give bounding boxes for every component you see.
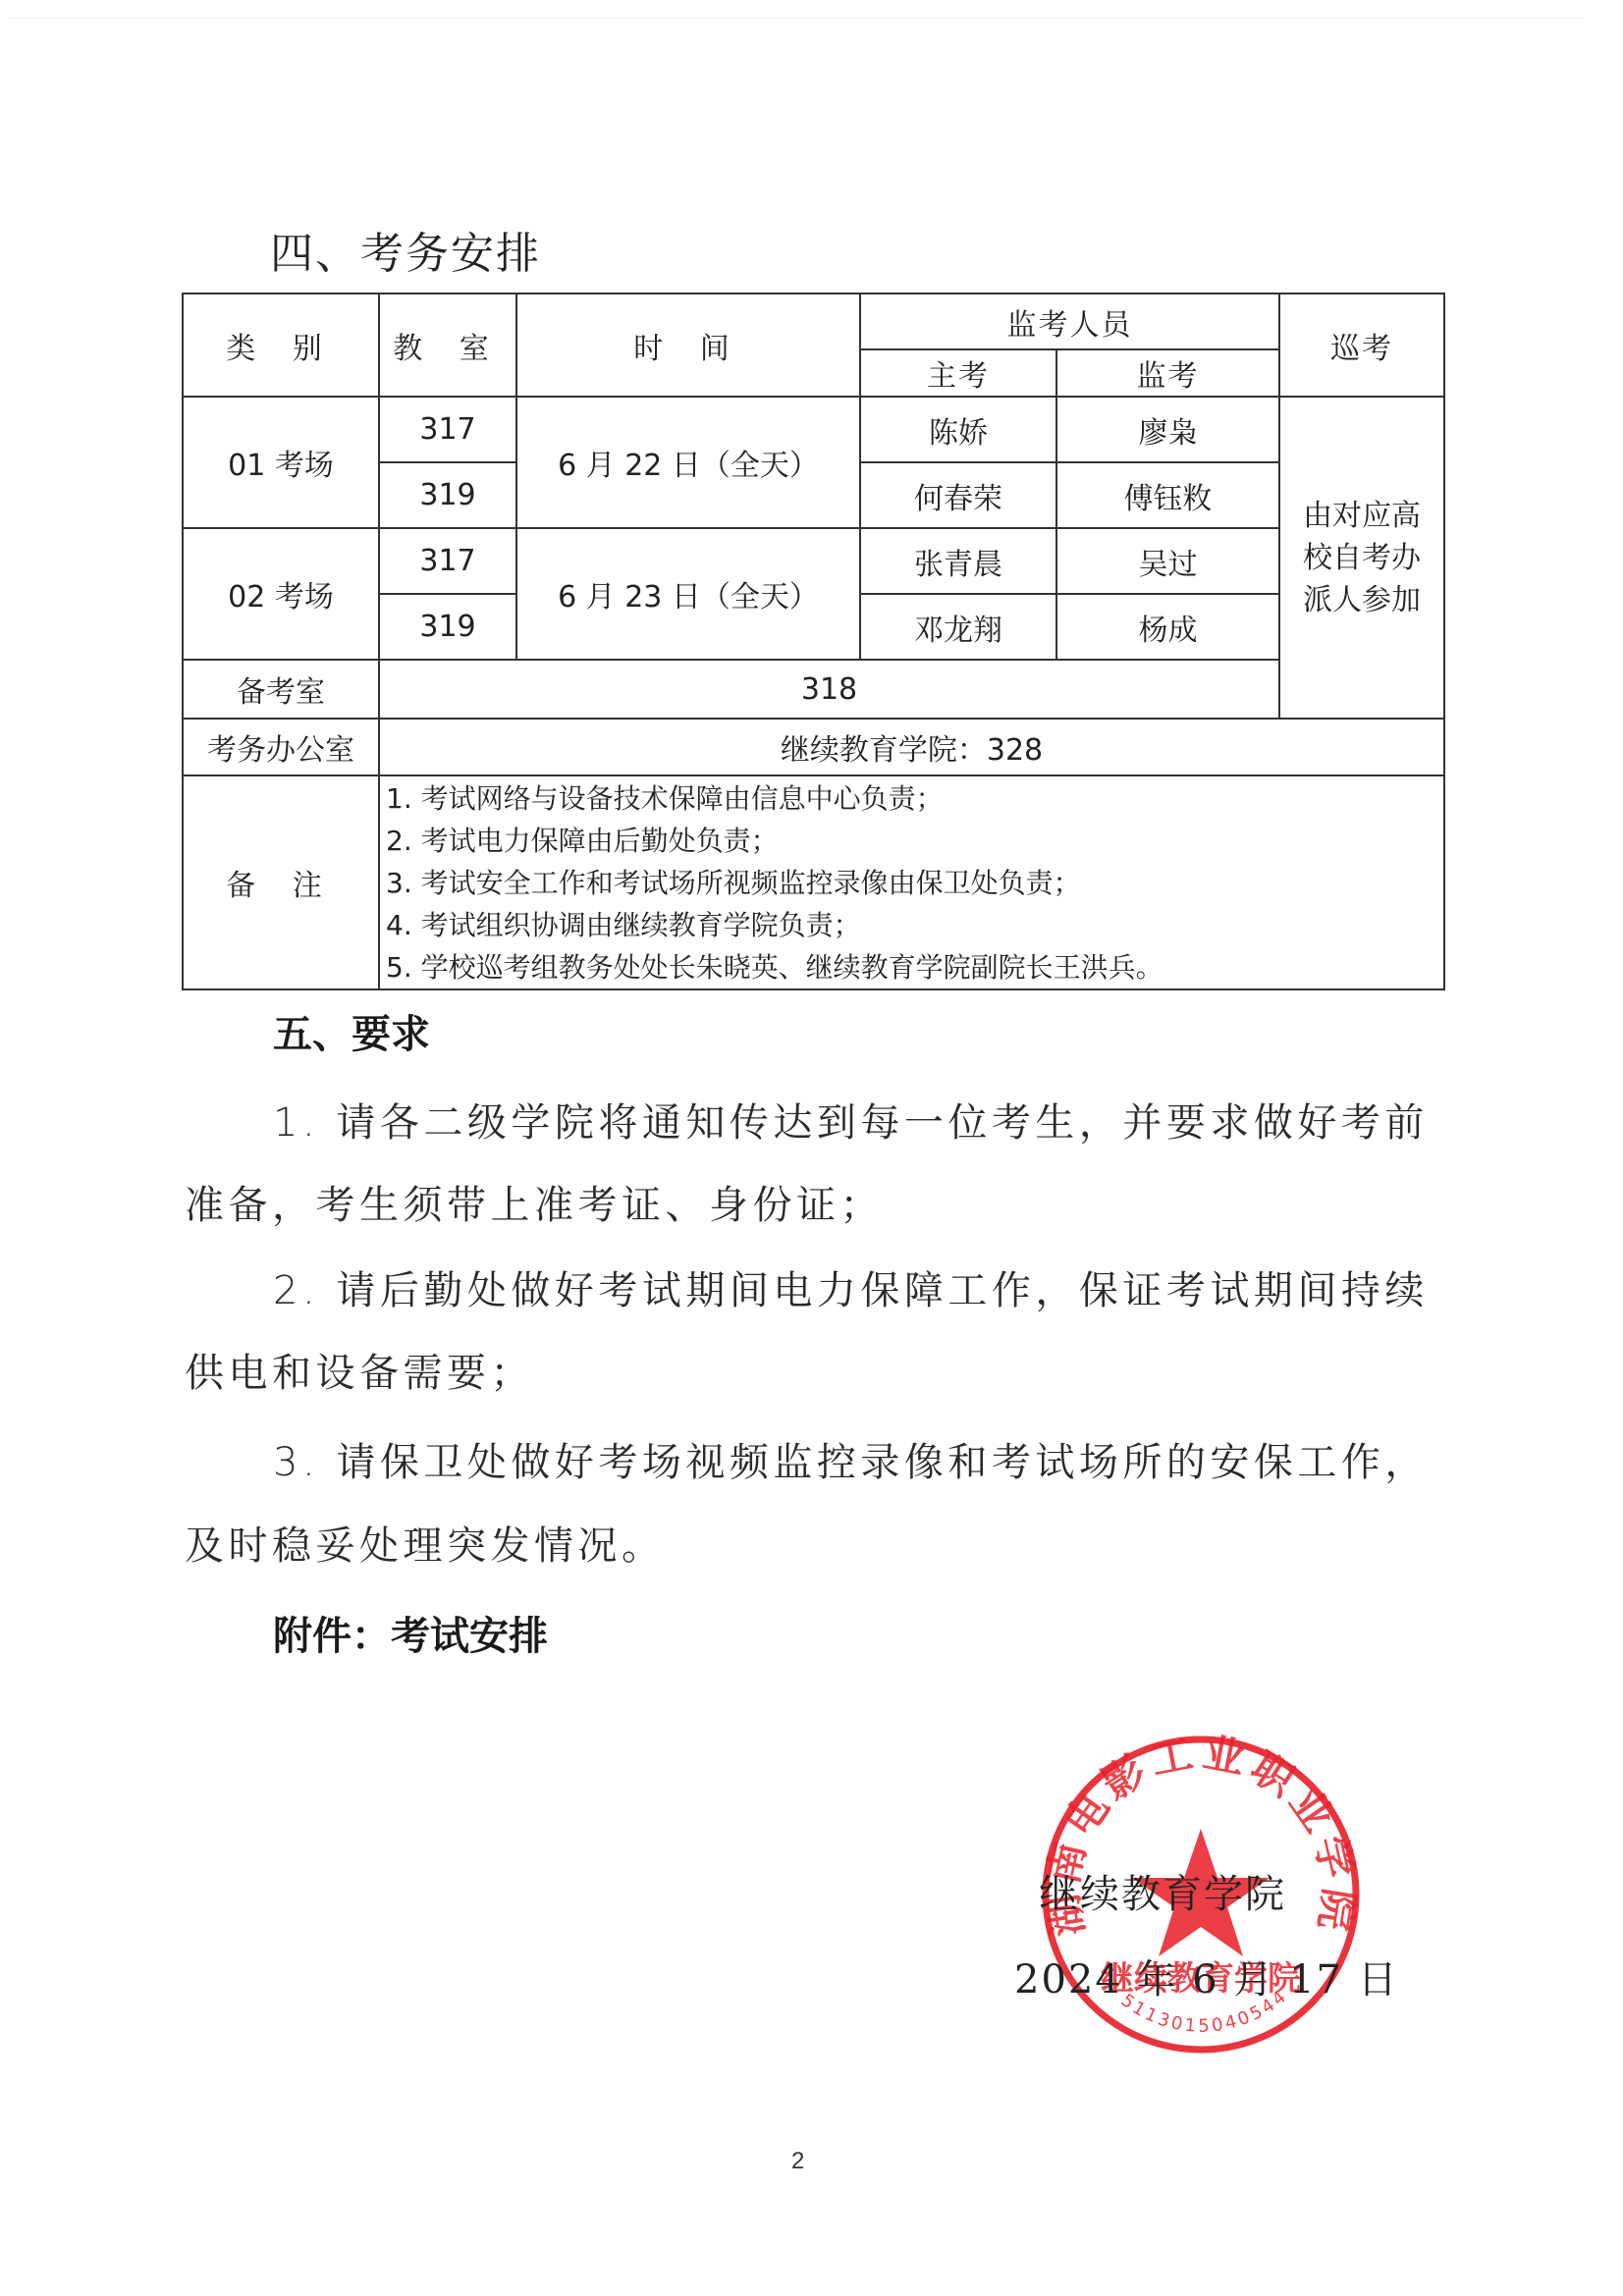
session-category: 02 考场 [183,528,379,660]
table-row: 备 注 1. 考试网络与设备技术保障由信息中心负责； 2. 考试电力保障由后勤处… [183,775,1444,989]
requirement-3-line2: 及时稳妥处理突发情况。 [185,1515,666,1571]
signature-org: 继续教育学院 [1039,1863,1286,1919]
chief-name: 邓龙翔 [860,594,1056,660]
notes-cell: 1. 考试网络与设备技术保障由信息中心负责； 2. 考试电力保障由后勤处负责； … [379,775,1444,989]
section5-heading: 五、要求 [273,1003,430,1059]
scan-edge-line [10,18,1584,19]
patrol-note-line: 派人参加 [1280,579,1443,621]
chief-name: 张青晨 [860,528,1056,594]
header-category: 类 别 [183,294,379,397]
note-item: 2. 考试电力保障由后勤处负责； [386,820,1443,862]
office-label: 考务办公室 [183,719,379,775]
header-proctor: 监考 [1056,349,1279,397]
requirement-3-line1: 3. 请保卫处做好考场视频监控录像和考试场所的安保工作， [273,1431,1429,1487]
attachment-note: 附件：考试安排 [273,1605,548,1661]
requirement-1-line2: 准备，考生须带上准考证、身份证； [185,1174,884,1230]
requirement-1-line1: 1. 请各二级学院将通知传达到每一位考生，并要求做好考前 [273,1092,1429,1148]
signature-date: 2024 年 6 月 17 日 [1014,1949,1399,2004]
session-time: 6 月 23 日（全天） [516,528,860,660]
requirement-2-line2: 供电和设备需要； [185,1342,534,1398]
room-number: 319 [379,462,516,528]
table-row: 01 考场 317 6 月 22 日（全天） 陈娇 廖枭 由对应高 校自考办 派… [183,397,1444,462]
header-classroom: 教 室 [379,294,516,397]
note-item: 1. 考试网络与设备技术保障由信息中心负责； [386,777,1443,820]
room-number: 319 [379,594,516,660]
proctor-name: 杨成 [1056,594,1279,660]
room-number: 317 [379,397,516,462]
header-chief: 主考 [860,349,1056,397]
note-item: 5. 学校巡考组教务处处长朱晓英、继续教育学院副院长王洪兵。 [386,946,1443,988]
patrol-note-line: 校自考办 [1280,537,1443,579]
table-row: 考务办公室 继续教育学院：328 [183,719,1444,775]
table-row: 备考室 318 [183,660,1444,719]
proctor-name: 傅钰敉 [1056,462,1279,528]
requirement-2-line1: 2. 请后勤处做好考试期间电力保障工作，保证考试期间持续 [273,1259,1429,1315]
note-item: 4. 考试组织协调由继续教育学院负责； [386,904,1443,946]
header-patrol: 巡考 [1279,294,1444,397]
chief-name: 陈娇 [860,397,1056,462]
header-invigilators: 监考人员 [860,294,1279,349]
room-number: 317 [379,528,516,594]
note-item: 3. 考试安全工作和考试场所视频监控录像由保卫处负责； [386,862,1443,904]
chief-name: 何春荣 [860,462,1056,528]
table-row: 02 考场 317 6 月 23 日（全天） 张青晨 吴过 [183,528,1444,594]
section4-heading: 四、考务安排 [270,218,541,281]
patrol-note: 由对应高 校自考办 派人参加 [1279,397,1444,719]
patrol-note-line: 由对应高 [1280,495,1443,537]
proctor-name: 廖枭 [1056,397,1279,462]
header-time: 时 间 [516,294,860,397]
page-number: 2 [791,2148,804,2175]
proctor-name: 吴过 [1056,528,1279,594]
session-time: 6 月 22 日（全天） [516,397,860,528]
standby-value: 318 [379,660,1279,719]
office-value: 继续教育学院：328 [379,719,1444,775]
exam-arrangement-table: 类 别 教 室 时 间 监考人员 巡考 主考 监考 01 考场 317 6 月 … [182,293,1445,990]
session-category: 01 考场 [183,397,379,528]
standby-label: 备考室 [183,660,379,719]
notes-label: 备 注 [183,775,379,989]
